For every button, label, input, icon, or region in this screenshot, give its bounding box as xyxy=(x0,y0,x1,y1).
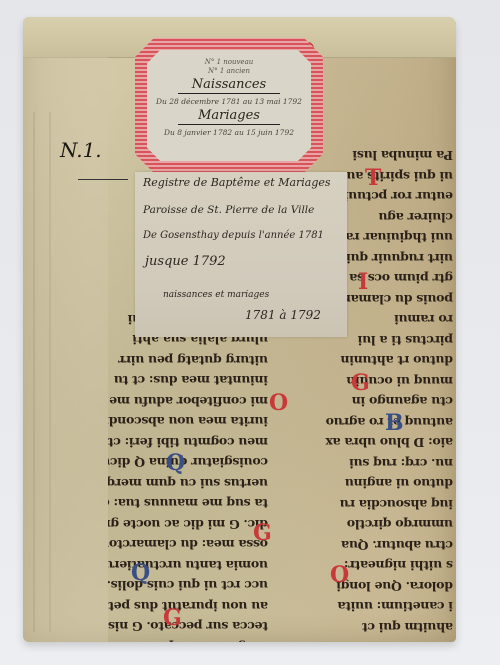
red-initial: O xyxy=(269,392,288,414)
label-number-new: N° 1 nouveau xyxy=(147,58,311,67)
red-initial: I xyxy=(358,271,368,293)
slip-line-1: Registre de Baptême et Mariages xyxy=(143,176,331,189)
register-label: N° 1 nouveau N° 1 ancien Naissances Du 2… xyxy=(135,38,323,173)
slip-line-4: jusque 1792 xyxy=(145,254,226,269)
label-rule xyxy=(178,124,280,125)
label-body: N° 1 nouveau N° 1 ancien Naissances Du 2… xyxy=(147,50,311,161)
red-initial: G xyxy=(163,607,182,629)
title-slip: Registre de Baptême et Mariages Paroisse… xyxy=(135,172,347,337)
label-number-old: N° 1 ancien xyxy=(147,67,311,76)
red-initial: T xyxy=(365,167,381,189)
blue-initial: Q xyxy=(131,562,150,584)
label-dates-marriages: Du 8 janvier 1782 au 15 juin 1792 xyxy=(147,127,311,138)
blue-initial: B xyxy=(385,412,404,434)
label-dates-births: Du 28 décembre 1781 au 13 mai 1792 xyxy=(147,96,311,107)
blue-initial: Q xyxy=(166,452,185,474)
red-initial: G xyxy=(351,372,370,394)
slip-line-3: De Gosensthay depuis l'année 1781 xyxy=(143,230,324,241)
slip-line-2: Paroisse de St. Pierre de la Ville xyxy=(143,204,314,216)
register-number: N.1. xyxy=(60,138,102,162)
red-initial: O xyxy=(330,564,349,586)
label-title-births: Naissances xyxy=(147,77,311,93)
label-rule xyxy=(178,93,280,94)
label-title-marriages: Mariages xyxy=(147,108,311,124)
spine-number-rule xyxy=(78,179,128,180)
red-initial: G xyxy=(253,522,272,544)
slip-line-5: naissances et mariages xyxy=(163,290,269,300)
slip-line-6: 1781 à 1792 xyxy=(245,308,321,322)
